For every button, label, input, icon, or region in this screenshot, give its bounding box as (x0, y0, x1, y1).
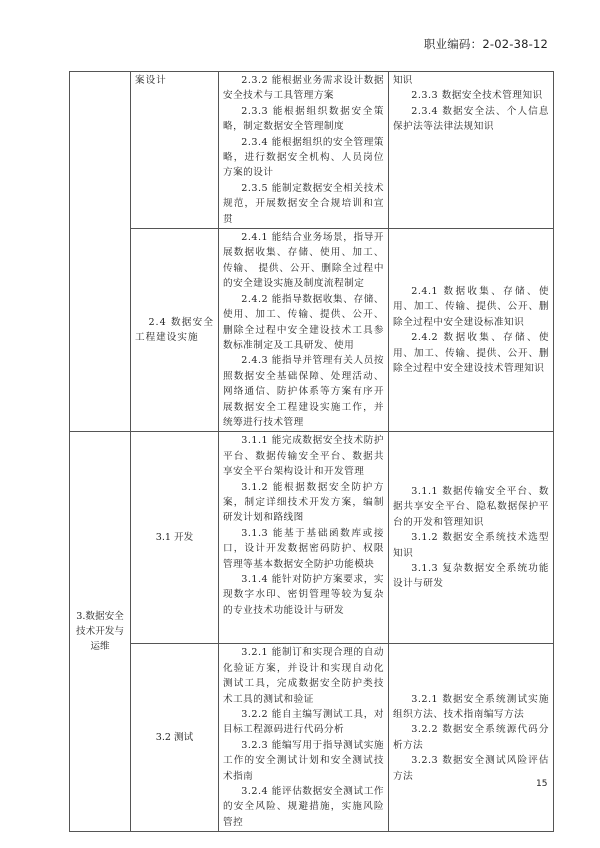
skill-item: 2.4.1 能结合业务场景，指导开展数据收集、存储、使用、加工、传输、 提供、公… (223, 230, 384, 292)
knowledge-cell: 知识 2.3.3 数据安全技术管理知识 2.3.4 数据安全法、个人信息保护法等… (389, 72, 554, 229)
knowledge-cell: 2.4.1 数据收集、存储、使用、加工、传输、提供、公开、删除全过程中安全建设标… (389, 229, 554, 432)
skills-cell: 2.3.2 能根据业务需求设计数据安全技术与工具管理方案 2.3.3 能根据组织… (219, 72, 389, 229)
subcategory-label: 2.4 数据安全工程建设实施 (135, 315, 214, 346)
knowledge-item: 3.2.2 数据安全系统源代码分析方法 (393, 722, 549, 753)
skill-item: 3.1.2 能根据数据安全防护方案，制定详细技术开发方案，编制研发计划和路线图 (223, 480, 384, 526)
skill-item: 3.2.3 能编写用于指导测试实施工作的安全测试计划和安全测试技术指南 (223, 738, 384, 784)
table-row: 3.数据安全技术开发与运维 3.1 开发 3.1.1 能完成数据安全技术防护平台… (70, 432, 554, 644)
subcategory-cell: 案设计 (131, 72, 219, 229)
skills-cell: 3.1.1 能完成数据安全技术防护平台、数据传输安全平台、数据共享安全平台架构设… (219, 432, 389, 644)
skill-item: 2.3.2 能根据业务需求设计数据安全技术与工具管理方案 (223, 73, 384, 104)
knowledge-item: 3.1.3 复杂数据安全系统功能设计与研发 (393, 561, 549, 592)
category-cell: 3.数据安全技术开发与运维 (70, 432, 131, 832)
occupation-code: 职业编码：2-02-38-12 (424, 36, 548, 52)
subcategory-label: 案设计 (135, 73, 214, 88)
knowledge-cell: 3.2.1 数据安全系统测试实施组织方法、技术指南编写方法 3.2.2 数据安全… (389, 644, 554, 832)
category-label: 3.数据安全技术开发与运维 (74, 609, 126, 655)
table-row: 2.4 数据安全工程建设实施 2.4.1 能结合业务场景，指导开展数据收集、存储… (70, 229, 554, 432)
skill-item: 2.4.2 能指导数据收集、存储、使用、加工、传输、提供、公开、删除全过程中安全… (223, 292, 384, 354)
subcategory-cell: 3.2 测试 (131, 644, 219, 832)
knowledge-item: 3.1.1 数据传输安全平台、数据共享安全平台、隐私数据保护平台的开发和管理知识 (393, 484, 549, 530)
skill-item: 2.3.4 能根据组织的安全管理策略，进行数据安全机构、人员岗位方案的设计 (223, 135, 384, 181)
skill-item: 3.2.2 能自主编写测试工具，对目标工程源码进行代码分析 (223, 707, 384, 738)
skills-table: 案设计 2.3.2 能根据业务需求设计数据安全技术与工具管理方案 2.3.3 能… (69, 71, 554, 832)
subcategory-label: 3.1 开发 (135, 530, 214, 545)
knowledge-item: 2.3.4 数据安全法、个人信息保护法等法律法规知识 (393, 104, 549, 135)
subcategory-cell: 3.1 开发 (131, 432, 219, 644)
table-row: 3.2 测试 3.2.1 能制订和实现合理的自动化验证方案，并设计和实现自动化测… (70, 644, 554, 832)
skill-item: 2.4.3 能指导并管理有关人员按照数据安全基础保障、处理活动、网络通信、防护体… (223, 353, 384, 430)
knowledge-lead: 知识 (393, 73, 549, 88)
knowledge-item: 2.4.2 数据收集、存储、使用、加工、传输、提供、公开、删除全过程中安全建设技… (393, 330, 549, 376)
knowledge-item: 3.1.2 数据安全系统技术选型知识 (393, 530, 549, 561)
subcategory-label: 3.2 测试 (135, 730, 214, 745)
skill-item: 3.1.4 能针对防护方案要求，实现数字水印、密钥管理等较为复杂的专业技术功能设… (223, 572, 384, 618)
skill-item: 3.1.3 能基于基础函数库或接口，设计开发数据密码防护、权限管理等基本数据安全… (223, 526, 384, 572)
page-number: 15 (536, 779, 547, 789)
skill-item: 3.2.4 能评估数据安全测试工作的安全风险、规避措施，实施风险管控 (223, 784, 384, 830)
skill-item: 2.3.3 能根据组织数据安全策略，制定数据安全管理制度 (223, 104, 384, 135)
table-row: 案设计 2.3.2 能根据业务需求设计数据安全技术与工具管理方案 2.3.3 能… (70, 72, 554, 229)
subcategory-cell: 2.4 数据安全工程建设实施 (131, 229, 219, 432)
knowledge-item: 2.4.1 数据收集、存储、使用、加工、传输、提供、公开、删除全过程中安全建设标… (393, 284, 549, 330)
skills-cell: 3.2.1 能制订和实现合理的自动化验证方案，并设计和实现自动化测试工具，完成数… (219, 644, 389, 832)
skills-cell: 2.4.1 能结合业务场景，指导开展数据收集、存储、使用、加工、传输、 提供、公… (219, 229, 389, 432)
knowledge-item: 2.3.3 数据安全技术管理知识 (393, 88, 549, 103)
category-cell (70, 72, 131, 432)
skill-item: 3.2.1 能制订和实现合理的自动化验证方案，并设计和实现自动化测试工具，完成数… (223, 645, 384, 707)
knowledge-cell: 3.1.1 数据传输安全平台、数据共享安全平台、隐私数据保护平台的开发和管理知识… (389, 432, 554, 644)
knowledge-item: 3.2.1 数据安全系统测试实施组织方法、技术指南编写方法 (393, 692, 549, 723)
skill-item: 3.1.1 能完成数据安全技术防护平台、数据传输安全平台、数据共享安全平台架构设… (223, 433, 384, 479)
skill-item: 2.3.5 能制定数据安全相关技术规范，开展数据安全合规培训和宣贯 (223, 181, 384, 227)
knowledge-item: 3.2.3 数据安全测试风险评估方法 (393, 753, 549, 784)
